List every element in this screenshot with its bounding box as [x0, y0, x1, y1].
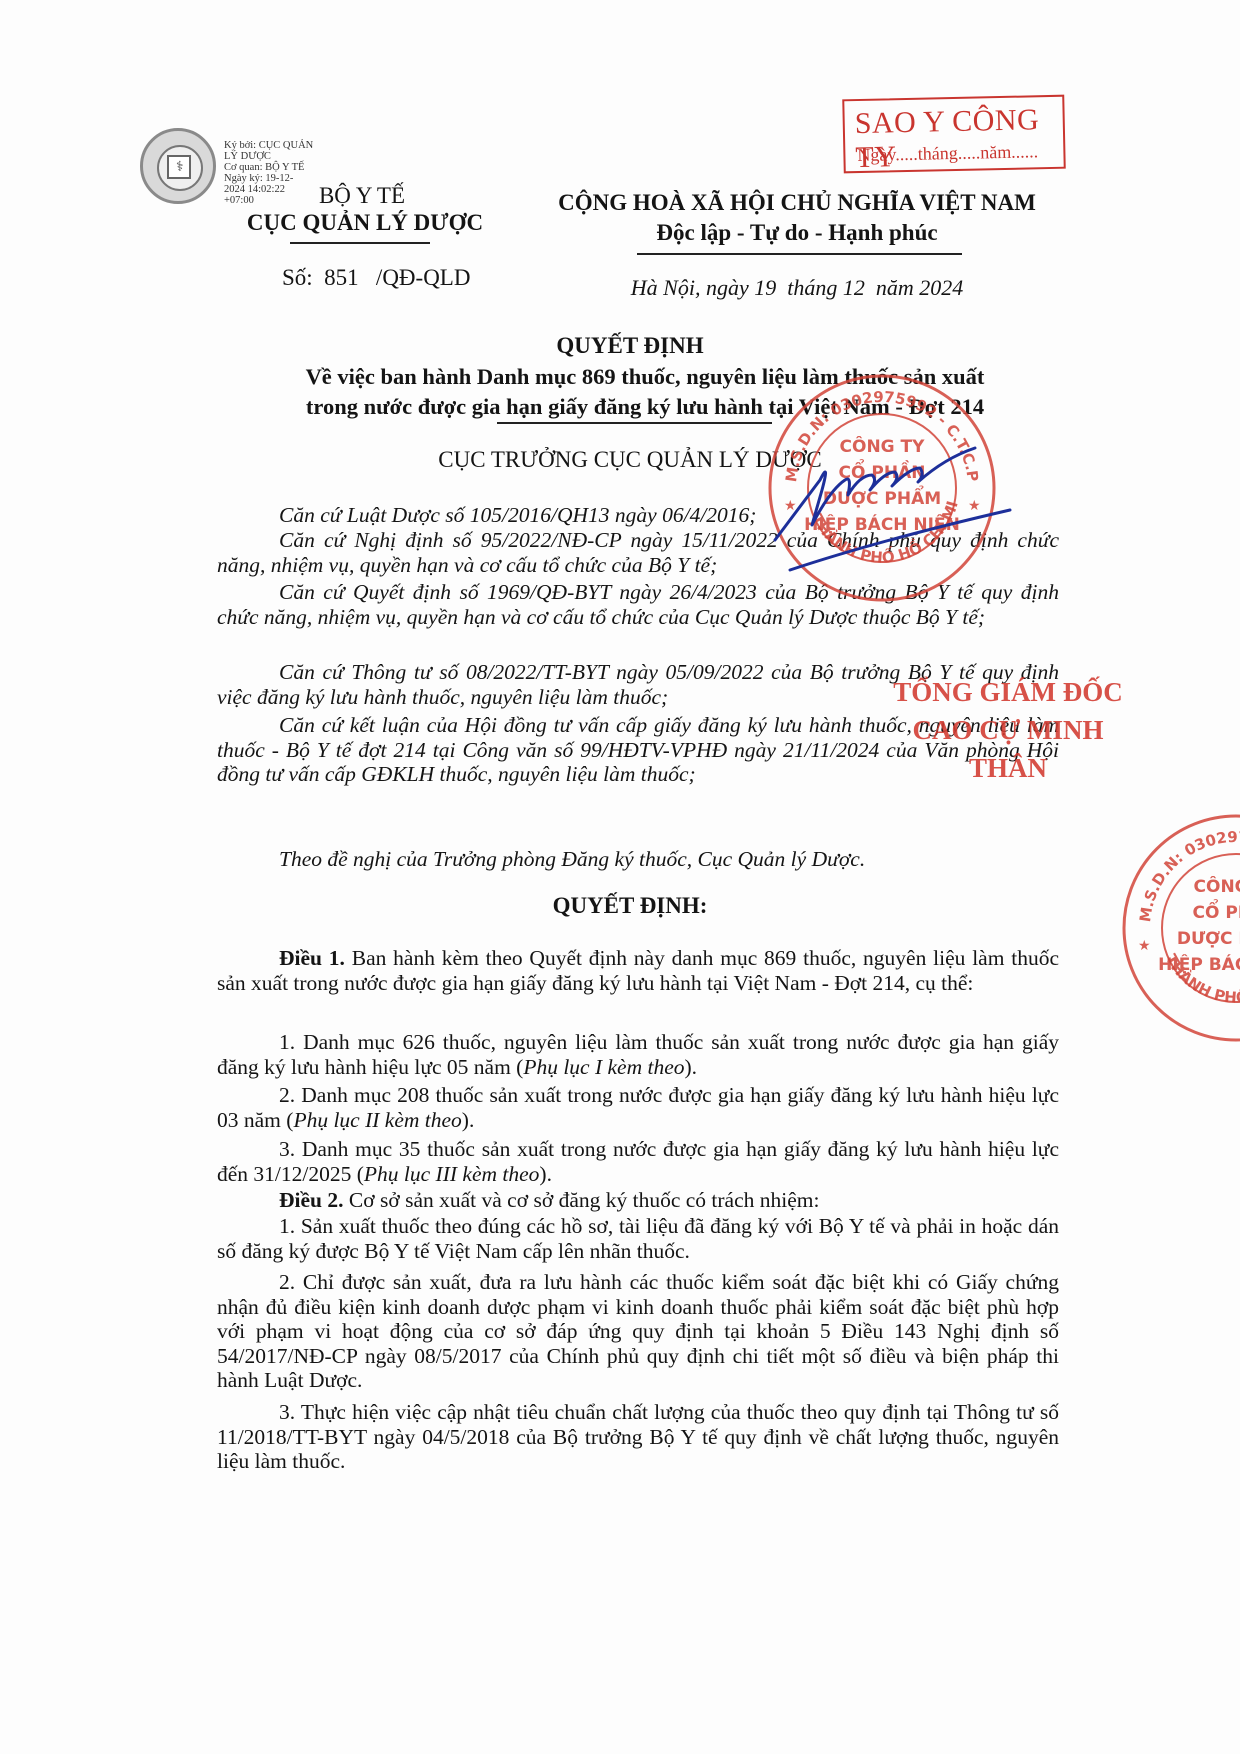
- article-label: Điều 1.: [279, 946, 345, 970]
- item-end: ).: [462, 1108, 475, 1132]
- director-name-stamp: TỔNG GIÁM ĐỐC CAO CỰ MINH THÂN: [883, 673, 1133, 787]
- article-2-item: 3. Thực hiện việc cập nhật tiêu chuẩn ch…: [217, 1400, 1059, 1474]
- svg-text:CỔ PHẦN: CỔ PHẦN: [1193, 898, 1240, 923]
- agency-parent: BỘ Y TẾ: [252, 183, 472, 209]
- article-1: Điều 1. Ban hành kèm theo Quyết định này…: [217, 946, 1059, 995]
- article-2: Điều 2. Cơ sở sản xuất và cơ sở đăng ký …: [217, 1188, 1059, 1213]
- nation-title: CỘNG HOÀ XÃ HỘI CHỦ NGHĨA VIỆT NAM: [552, 190, 1042, 216]
- item-text: 1. Sản xuất thuốc theo đúng các hồ sơ, t…: [217, 1214, 1059, 1263]
- article-text: Cơ sở sản xuất và cơ sở đăng ký thuốc có…: [349, 1188, 820, 1212]
- svg-text:HIỆP BÁCH NIÊN: HIỆP BÁCH NIÊN: [1158, 953, 1240, 975]
- divider: [290, 242, 430, 244]
- document-number: Số: 851 /QĐ-QLD: [282, 265, 470, 291]
- svg-text:★: ★: [1138, 938, 1151, 954]
- director-name: CAO CỰ MINH THÂN: [883, 711, 1133, 787]
- article-2-item: 2. Chỉ được sản xuất, đưa ra lưu hành cá…: [217, 1270, 1059, 1393]
- director-title: TỔNG GIÁM ĐỐC: [883, 673, 1133, 711]
- article-1-item: 3. Danh mục 35 thuốc sản xuất trong nước…: [217, 1137, 1059, 1186]
- basis-text: Căn cứ Luật Dược số 105/2016/QH13 ngày 0…: [279, 503, 756, 527]
- item-text: 2. Chỉ được sản xuất, đưa ra lưu hành cá…: [217, 1270, 1059, 1392]
- article-1-item: 1. Danh mục 626 thuốc, nguyên liệu làm t…: [217, 1030, 1059, 1079]
- sig-line: LÝ DƯỢC: [224, 151, 334, 162]
- divider: [637, 253, 962, 255]
- svg-text:CÔNG TY: CÔNG TY: [1194, 875, 1240, 897]
- company-seal-icon: M.S.D.N: 0302975992 - C.T.C.P THÀNH PHỐ …: [1120, 812, 1240, 1044]
- item-end: ).: [685, 1055, 698, 1079]
- article-2-item: 1. Sản xuất thuốc theo đúng các hồ sơ, t…: [217, 1214, 1059, 1263]
- document-type: QUYẾT ĐỊNH: [200, 333, 1060, 359]
- divider: [497, 422, 772, 424]
- issue-date: Hà Nội, ngày 19 tháng 12 năm 2024: [552, 275, 1042, 301]
- item-text: 3. Thực hiện việc cập nhật tiêu chuẩn ch…: [217, 1400, 1059, 1473]
- copy-certification-stamp: SAO Y CÔNG TY Ngày.....tháng.....năm....…: [842, 95, 1066, 174]
- article-1-item: 2. Danh mục 208 thuốc sản xuất trong nướ…: [217, 1083, 1059, 1132]
- svg-text:DƯỢC PHẨM: DƯỢC PHẨM: [1177, 924, 1240, 949]
- appendix-ref: Phụ lục III kèm theo: [364, 1162, 540, 1186]
- legal-basis: Theo đề nghị của Trưởng phòng Đăng ký th…: [217, 847, 1059, 872]
- item-text: 3. Danh mục 35 thuốc sản xuất trong nước…: [217, 1137, 1059, 1186]
- stamp-date: Ngày.....tháng.....năm......: [857, 141, 1038, 166]
- decision-heading: QUYẾT ĐỊNH:: [200, 893, 1060, 919]
- article-label: Điều 2.: [279, 1188, 344, 1212]
- agency-name: CỤC QUẢN LÝ DƯỢC: [230, 210, 500, 236]
- sig-line: Ký bởi: CỤC QUẢN: [224, 140, 334, 151]
- basis-text: Theo đề nghị của Trưởng phòng Đăng ký th…: [279, 847, 865, 871]
- item-end: ).: [539, 1162, 552, 1186]
- appendix-ref: Phụ lục II kèm theo: [293, 1108, 461, 1132]
- national-motto: Độc lập - Tự do - Hạnh phúc: [552, 220, 1042, 246]
- handwritten-signature-icon: [760, 420, 1060, 580]
- sig-line: Cơ quan: BỘ Y TẾ: [224, 162, 334, 173]
- appendix-ref: Phụ lục I kèm theo: [523, 1055, 684, 1079]
- ministry-seal-icon: ⚕: [140, 128, 216, 204]
